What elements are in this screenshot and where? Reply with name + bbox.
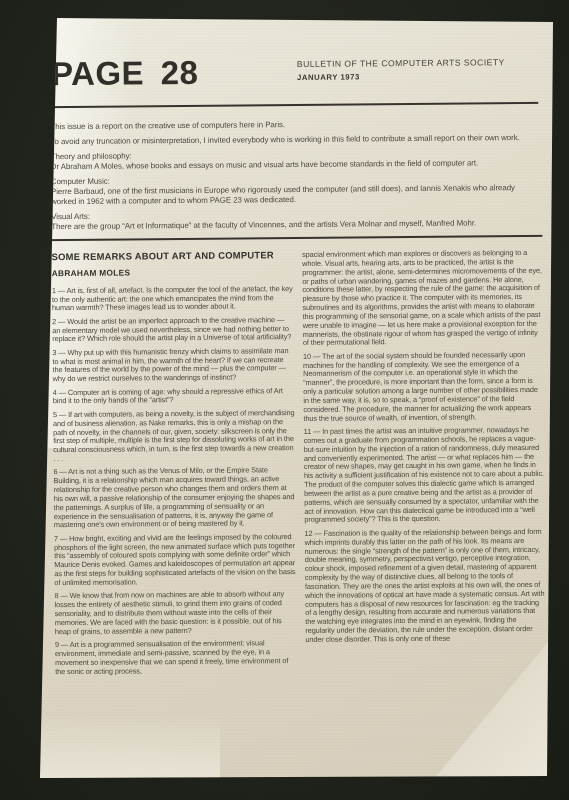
paragraph-5: 5 — If art with computers, as being a no… [53, 409, 295, 464]
paragraph-1: 1 — Art is, first of all, artefact. Is t… [52, 285, 294, 314]
paragraph-9-continued: spacial environment which man explores o… [302, 249, 544, 348]
paragraph-9: 9 — Art is a programmed sensualisation o… [55, 639, 297, 676]
section-text-music: Pierre Barbaud, one of the first musicia… [51, 183, 515, 206]
right-column: spacial environment which man explores o… [302, 249, 547, 679]
intro-line-2: To avoid any truncation or misinterpreta… [51, 133, 541, 148]
paragraph-8: 8 — We know that from now on machines ar… [54, 590, 296, 636]
scan-background: PAGE 28 BULLETIN OF THE COMPUTER ARTS SO… [0, 0, 569, 800]
intro-visual-arts-section: Visual Arts: There are the group “Art et… [51, 208, 541, 233]
paragraph-11: 11 — In past times the artist was an int… [304, 426, 546, 525]
page-content: PAGE 28 BULLETIN OF THE COMPUTER ARTS SO… [0, 0, 569, 800]
article-author: ABRAHAM MOLES [52, 267, 294, 278]
paragraph-4: 4 — Computer art is coming of age: why s… [53, 387, 295, 407]
paper-page: PAGE 28 BULLETIN OF THE COMPUTER ARTS SO… [0, 0, 569, 800]
paragraph-3: 3 — Why put up with this humanistic fren… [52, 347, 294, 384]
page-title: PAGE 28 [51, 54, 199, 93]
paragraph-10: 10 — The art of the social system should… [303, 351, 545, 424]
paragraph-12: 12 — Fascination is the quality of the r… [304, 528, 546, 645]
article-body: SOME REMARKS ABOUT ART AND COMPUTER ABRA… [52, 249, 548, 681]
bulletin-title: BULLETIN OF THE COMPUTER ARTS SOCIETY [297, 57, 505, 69]
article-title: SOME REMARKS ABOUT ART AND COMPUTER [52, 251, 294, 262]
header-divider-rule [44, 102, 538, 108]
intro-theory-section: Theory and philosophy: Dr Abraham A Mole… [51, 147, 541, 172]
intro-line-1: This issue is a report on the creative u… [50, 118, 540, 133]
paragraph-6: 6 — Art is not a thing such as the Venus… [53, 466, 295, 530]
masthead: BULLETIN OF THE COMPUTER ARTS SOCIETY JA… [297, 57, 505, 82]
issue-date: JANUARY 1973 [297, 71, 505, 82]
paragraph-2: 2 — Would the artist be an imperfect app… [52, 316, 294, 345]
left-column: SOME REMARKS ABOUT ART AND COMPUTER ABRA… [52, 251, 297, 681]
paragraph-7: 7 — How bright, exciting and vivid are t… [54, 533, 296, 588]
intro-music-section: Computer Music: Pierre Barbaud, one of t… [51, 173, 541, 208]
intro-section: This issue is a report on the creative u… [50, 118, 541, 237]
